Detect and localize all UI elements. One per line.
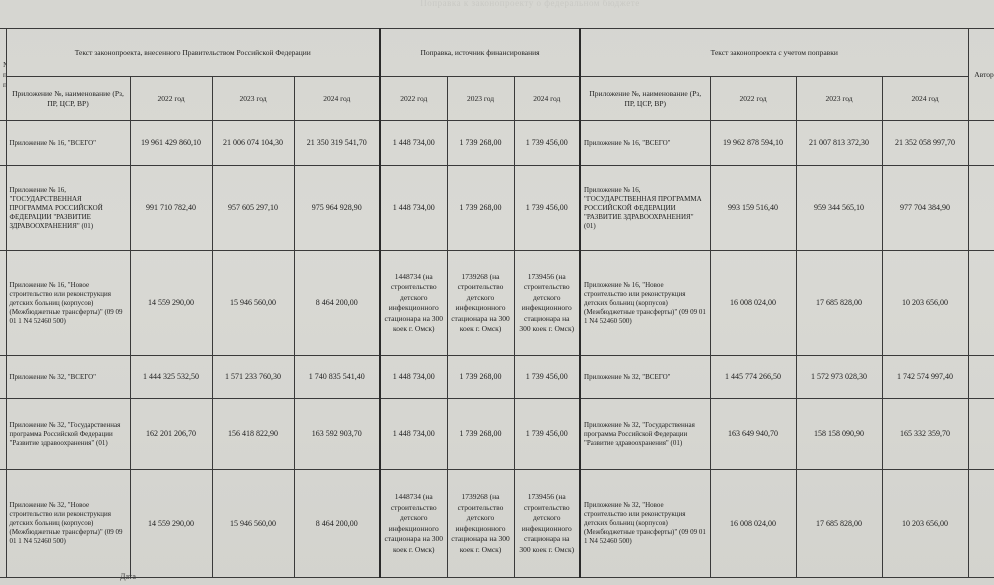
amend-2023-header: 2023 год xyxy=(447,77,514,121)
amendment-table: № п/п Текст законопроекта, внесенного Пр… xyxy=(0,28,994,578)
original-2023-cell: 15 946 560,00 xyxy=(212,470,294,578)
original-2023-cell: 21 006 074 104,30 xyxy=(212,121,294,166)
new-2023-cell: 1 572 973 028,30 xyxy=(796,356,882,399)
amendment-2022-note: 1448734 (на строительство детского инфек… xyxy=(380,251,447,356)
new-col-name-header: Приложение №, наименование (Рз, ПР, ЦСР,… xyxy=(580,77,710,121)
col-2024-header: 2024 год xyxy=(294,77,380,121)
original-name-cell: Приложение № 16, "Новое строительство ил… xyxy=(6,251,130,356)
author-cell xyxy=(968,251,994,356)
col-name-header: Приложение №, наименование (Рз, ПР, ЦСР,… xyxy=(6,77,130,121)
new-2024-cell: 21 352 058 997,70 xyxy=(882,121,968,166)
amendment-2023-cell: 1 739 268,00 xyxy=(447,399,514,470)
original-2024-cell: 975 964 928,90 xyxy=(294,166,380,251)
amendment-2022-cell: 1 448 734,00 xyxy=(380,121,447,166)
original-name-cell: Приложение № 32, "Государственная програ… xyxy=(6,399,130,470)
author-cell xyxy=(968,121,994,166)
new-2022-cell: 19 962 878 594,10 xyxy=(710,121,796,166)
original-2024-cell: 8 464 200,00 xyxy=(294,470,380,578)
new-2023-cell: 17 685 828,00 xyxy=(796,470,882,578)
author-cell xyxy=(968,470,994,578)
page-title: Поправка к законопроекту о федеральном б… xyxy=(330,0,730,8)
group-amendment-header: Поправка, источник финансирования xyxy=(380,29,580,77)
author-cell xyxy=(968,166,994,251)
original-name-cell: Приложение № 16, "ГОСУДАРСТВЕННАЯ ПРОГРА… xyxy=(6,166,130,251)
original-2022-cell: 14 559 290,00 xyxy=(130,470,212,578)
amendment-2022-cell: 1 448 734,00 xyxy=(380,399,447,470)
amendment-2024-cell: 1 739 456,00 xyxy=(514,166,580,251)
new-name-cell: Приложение № 32, "Новое строительство ил… xyxy=(580,470,710,578)
original-2023-cell: 957 605 297,10 xyxy=(212,166,294,251)
new-2023-cell: 158 158 090,90 xyxy=(796,399,882,470)
group-with-amendment-header: Текст законопроекта с учетом поправки xyxy=(580,29,968,77)
original-2024-cell: 8 464 200,00 xyxy=(294,251,380,356)
amend-2022-header: 2022 год xyxy=(380,77,447,121)
author-cell xyxy=(968,399,994,470)
new-2023-cell: 21 007 813 372,30 xyxy=(796,121,882,166)
table-row: Приложение № 32, "Новое строительство ил… xyxy=(0,470,994,578)
new-2022-cell: 993 159 516,40 xyxy=(710,166,796,251)
amendment-2023-cell: 1 739 268,00 xyxy=(447,356,514,399)
col-2022-header: 2022 год xyxy=(130,77,212,121)
amendment-2024-note: 1739456 (на строительство детского инфек… xyxy=(514,251,580,356)
original-name-cell: Приложение № 32, "Новое строительство ил… xyxy=(6,470,130,578)
amendment-2023-note: 1739268 (на строительство детского инфек… xyxy=(447,470,514,578)
new-name-cell: Приложение № 16, "ГОСУДАРСТВЕННАЯ ПРОГРА… xyxy=(580,166,710,251)
new-2023-cell: 959 344 565,10 xyxy=(796,166,882,251)
new-2024-header: 2024 год xyxy=(882,77,968,121)
new-name-cell: Приложение № 16, "Новое строительство ил… xyxy=(580,251,710,356)
original-2024-cell: 1 740 835 541,40 xyxy=(294,356,380,399)
amendment-2022-cell: 1 448 734,00 xyxy=(380,356,447,399)
original-2022-cell: 19 961 429 860,10 xyxy=(130,121,212,166)
amendment-2023-cell: 1 739 268,00 xyxy=(447,121,514,166)
new-2023-header: 2023 год xyxy=(796,77,882,121)
table-row: Приложение № 16, "ВСЕГО" 19 961 429 860,… xyxy=(0,121,994,166)
new-2022-header: 2022 год xyxy=(710,77,796,121)
amendment-2022-note: 1448734 (на строительство детского инфек… xyxy=(380,470,447,578)
original-2023-cell: 1 571 233 760,30 xyxy=(212,356,294,399)
new-2022-cell: 163 649 940,70 xyxy=(710,399,796,470)
original-2022-cell: 14 559 290,00 xyxy=(130,251,212,356)
new-name-cell: Приложение № 32, "ВСЕГО" xyxy=(580,356,710,399)
new-2022-cell: 16 008 024,00 xyxy=(710,251,796,356)
original-2022-cell: 991 710 782,40 xyxy=(130,166,212,251)
new-2024-cell: 10 203 656,00 xyxy=(882,470,968,578)
original-2022-cell: 162 201 206,70 xyxy=(130,399,212,470)
amendment-2024-cell: 1 739 456,00 xyxy=(514,356,580,399)
new-2022-cell: 1 445 774 266,50 xyxy=(710,356,796,399)
author-cell xyxy=(968,356,994,399)
amendment-2024-note: 1739456 (на строительство детского инфек… xyxy=(514,470,580,578)
table-row: Приложение № 32, "ВСЕГО" 1 444 325 532,5… xyxy=(0,356,994,399)
amendment-2024-cell: 1 739 456,00 xyxy=(514,121,580,166)
original-2024-cell: 163 592 903,70 xyxy=(294,399,380,470)
table-row: Приложение № 16, "ГОСУДАРСТВЕННАЯ ПРОГРА… xyxy=(0,166,994,251)
amend-2024-header: 2024 год xyxy=(514,77,580,121)
new-2023-cell: 17 685 828,00 xyxy=(796,251,882,356)
original-2023-cell: 156 418 822,90 xyxy=(212,399,294,470)
amendment-2023-note: 1739268 (на строительство детского инфек… xyxy=(447,251,514,356)
group-author-header: Автор xyxy=(968,29,994,121)
original-name-cell: Приложение № 16, "ВСЕГО" xyxy=(6,121,130,166)
original-2023-cell: 15 946 560,00 xyxy=(212,251,294,356)
amendment-2022-cell: 1 448 734,00 xyxy=(380,166,447,251)
original-2022-cell: 1 444 325 532,50 xyxy=(130,356,212,399)
amendment-2024-cell: 1 739 456,00 xyxy=(514,399,580,470)
group-original-header: Текст законопроекта, внесенного Правител… xyxy=(6,29,380,77)
new-name-cell: Приложение № 32, "Государственная програ… xyxy=(580,399,710,470)
table-row: Приложение № 16, "Новое строительство ил… xyxy=(0,251,994,356)
amendment-2023-cell: 1 739 268,00 xyxy=(447,166,514,251)
date-label: Дата xyxy=(120,572,136,581)
new-2024-cell: 1 742 574 997,40 xyxy=(882,356,968,399)
table-row: Приложение № 32, "Государственная програ… xyxy=(0,399,994,470)
new-2024-cell: 10 203 656,00 xyxy=(882,251,968,356)
original-name-cell: Приложение № 32, "ВСЕГО" xyxy=(6,356,130,399)
new-2024-cell: 165 332 359,70 xyxy=(882,399,968,470)
new-name-cell: Приложение № 16, "ВСЕГО" xyxy=(580,121,710,166)
col-2023-header: 2023 год xyxy=(212,77,294,121)
new-2024-cell: 977 704 384,90 xyxy=(882,166,968,251)
original-2024-cell: 21 350 319 541,70 xyxy=(294,121,380,166)
new-2022-cell: 16 008 024,00 xyxy=(710,470,796,578)
